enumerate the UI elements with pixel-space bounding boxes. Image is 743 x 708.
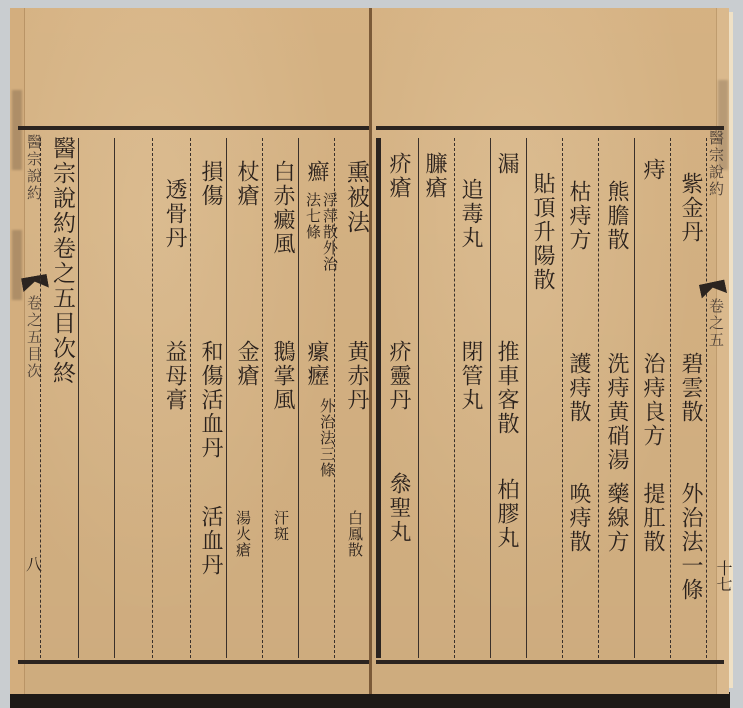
entry-zhi: 痔	[638, 158, 666, 182]
entry-huangchi: 黄赤丹	[342, 340, 370, 412]
entry-xunbei: 熏被法	[342, 160, 370, 235]
entry-baijiao: 柏膠丸	[492, 478, 520, 550]
column-rule	[298, 138, 299, 658]
entry-sunshang: 損傷	[196, 160, 224, 208]
entry-kuzhi: 枯痔方	[564, 180, 592, 252]
column-rule	[490, 138, 491, 658]
column-rule	[562, 138, 563, 658]
entry-tieding: 貼頂升陽散	[528, 172, 556, 292]
entry-biyun: 碧雲散	[676, 352, 704, 424]
entry-waizhi-yitiao: 外治法一條	[676, 482, 704, 602]
entry-tougu: 透骨丹	[160, 178, 188, 250]
column-rule	[634, 138, 635, 658]
entry-baichi: 白赤癜風	[268, 160, 296, 256]
entry-tanghuo: 湯火瘡	[234, 510, 251, 558]
column-rule	[40, 138, 41, 658]
column-rule	[226, 138, 227, 658]
entry-zijin: 紫金丹	[676, 172, 704, 244]
open-book: 醫宗說約 卷之五目次 八 熏被法 黄赤丹 白鳳散 癬 浮萍散外治法七條 瘰癧 外…	[0, 0, 743, 708]
column-rule	[598, 138, 599, 658]
entry-lianchuang: 臁瘡	[420, 152, 448, 200]
entry-yimu: 益母膏	[160, 340, 188, 412]
entry-xuan: 癬	[302, 160, 330, 184]
entry-yaoxian: 藥線方	[602, 482, 630, 554]
entry-zhizhi-liangfang: 治痔良方	[638, 352, 666, 448]
book-shadow	[10, 692, 730, 708]
entry-tigang: 提肛散	[638, 482, 666, 554]
column-rule	[454, 138, 455, 658]
entry-lou: 漏	[492, 152, 520, 176]
entry-huzhi: 護痔散	[564, 352, 592, 424]
entry-ezhang: 鵝掌風	[268, 340, 296, 412]
entry-jiechuang: 疥瘡	[384, 152, 412, 200]
entry-huanzhi: 唤痔散	[564, 482, 592, 554]
entry-jinchuang: 金瘡	[232, 340, 260, 388]
column-rule	[262, 138, 263, 658]
column-rule	[706, 138, 707, 658]
note-luoli: 外治法三條	[318, 398, 335, 478]
entry-jieling: 疥靈丹	[384, 340, 412, 412]
column-rule	[418, 138, 419, 658]
entry-biguan: 閉管丸	[456, 340, 484, 412]
right-edge-section: 卷之五	[706, 298, 727, 349]
entry-shensheng: 叅聖丸	[384, 472, 412, 544]
entry-huoxue: 活血丹	[196, 505, 224, 577]
entry-baifeng: 白鳳散	[346, 510, 363, 558]
column-rule	[152, 138, 153, 658]
column-rule	[670, 138, 671, 658]
note-xuan: 浮萍散外治法七條	[306, 192, 338, 282]
volume-end-title: 醫宗說約卷之五目次終	[48, 136, 76, 386]
entry-zhangchuang: 杖瘡	[232, 160, 260, 208]
right-page-number: 十七	[712, 560, 735, 592]
entry-heshang: 和傷活血丹	[196, 340, 224, 460]
column-rule	[190, 138, 191, 658]
column-rule	[526, 138, 527, 658]
column-rule	[78, 138, 79, 658]
entry-tuiche: 推車客散	[492, 340, 520, 436]
entry-xiongdan: 熊膽散	[602, 180, 630, 252]
entry-hanban: 汗斑	[272, 510, 289, 542]
entry-zhuidu: 追毒丸	[456, 178, 484, 250]
right-edge-book-title: 醫宗說約	[706, 130, 727, 198]
column-rule	[114, 138, 115, 658]
entry-luoli: 瘰癧	[302, 340, 330, 388]
frame-inner-border	[376, 138, 381, 658]
entry-xizhi: 洗痔黄硝湯	[602, 352, 630, 472]
